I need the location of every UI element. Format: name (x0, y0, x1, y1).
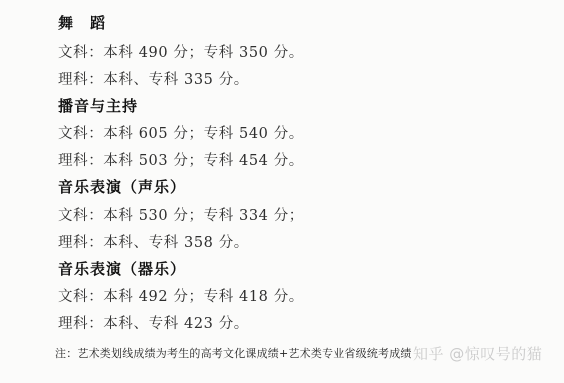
dance-liberal-arts-line: 文科：本科 490 分；专科 350 分。 (58, 41, 304, 62)
vocal-liberal-arts-line: 文科：本科 530 分；专科 334 分； (58, 204, 304, 225)
instrumental-science-line: 理科：本科、专科 423 分。 (58, 312, 249, 333)
section-title-broadcasting: 播音与主持 (58, 95, 138, 116)
section-title-instrumental-music: 音乐表演（器乐） (58, 258, 186, 279)
footnote: 注：艺术类划线成绩为考生的高考文化课成绩+艺术类专业省级统考成绩 (55, 345, 412, 361)
broadcasting-liberal-arts-line: 文科：本科 605 分；专科 540 分。 (58, 122, 304, 143)
section-title-dance: 舞 蹈 (58, 12, 106, 33)
dance-science-line: 理科：本科、专科 335 分。 (58, 68, 249, 89)
broadcasting-science-line: 理科：本科 503 分；专科 454 分。 (58, 149, 304, 170)
zhihu-watermark: 知乎 @惊叹号的猫 (413, 343, 542, 364)
vocal-science-line: 理科：本科、专科 358 分。 (58, 231, 249, 252)
instrumental-liberal-arts-line: 文科：本科 492 分；专科 418 分。 (58, 285, 304, 306)
section-title-vocal-music: 音乐表演（声乐） (58, 176, 186, 197)
document-page: 舞 蹈 文科：本科 490 分；专科 350 分。 理科：本科、专科 335 分… (0, 0, 564, 383)
